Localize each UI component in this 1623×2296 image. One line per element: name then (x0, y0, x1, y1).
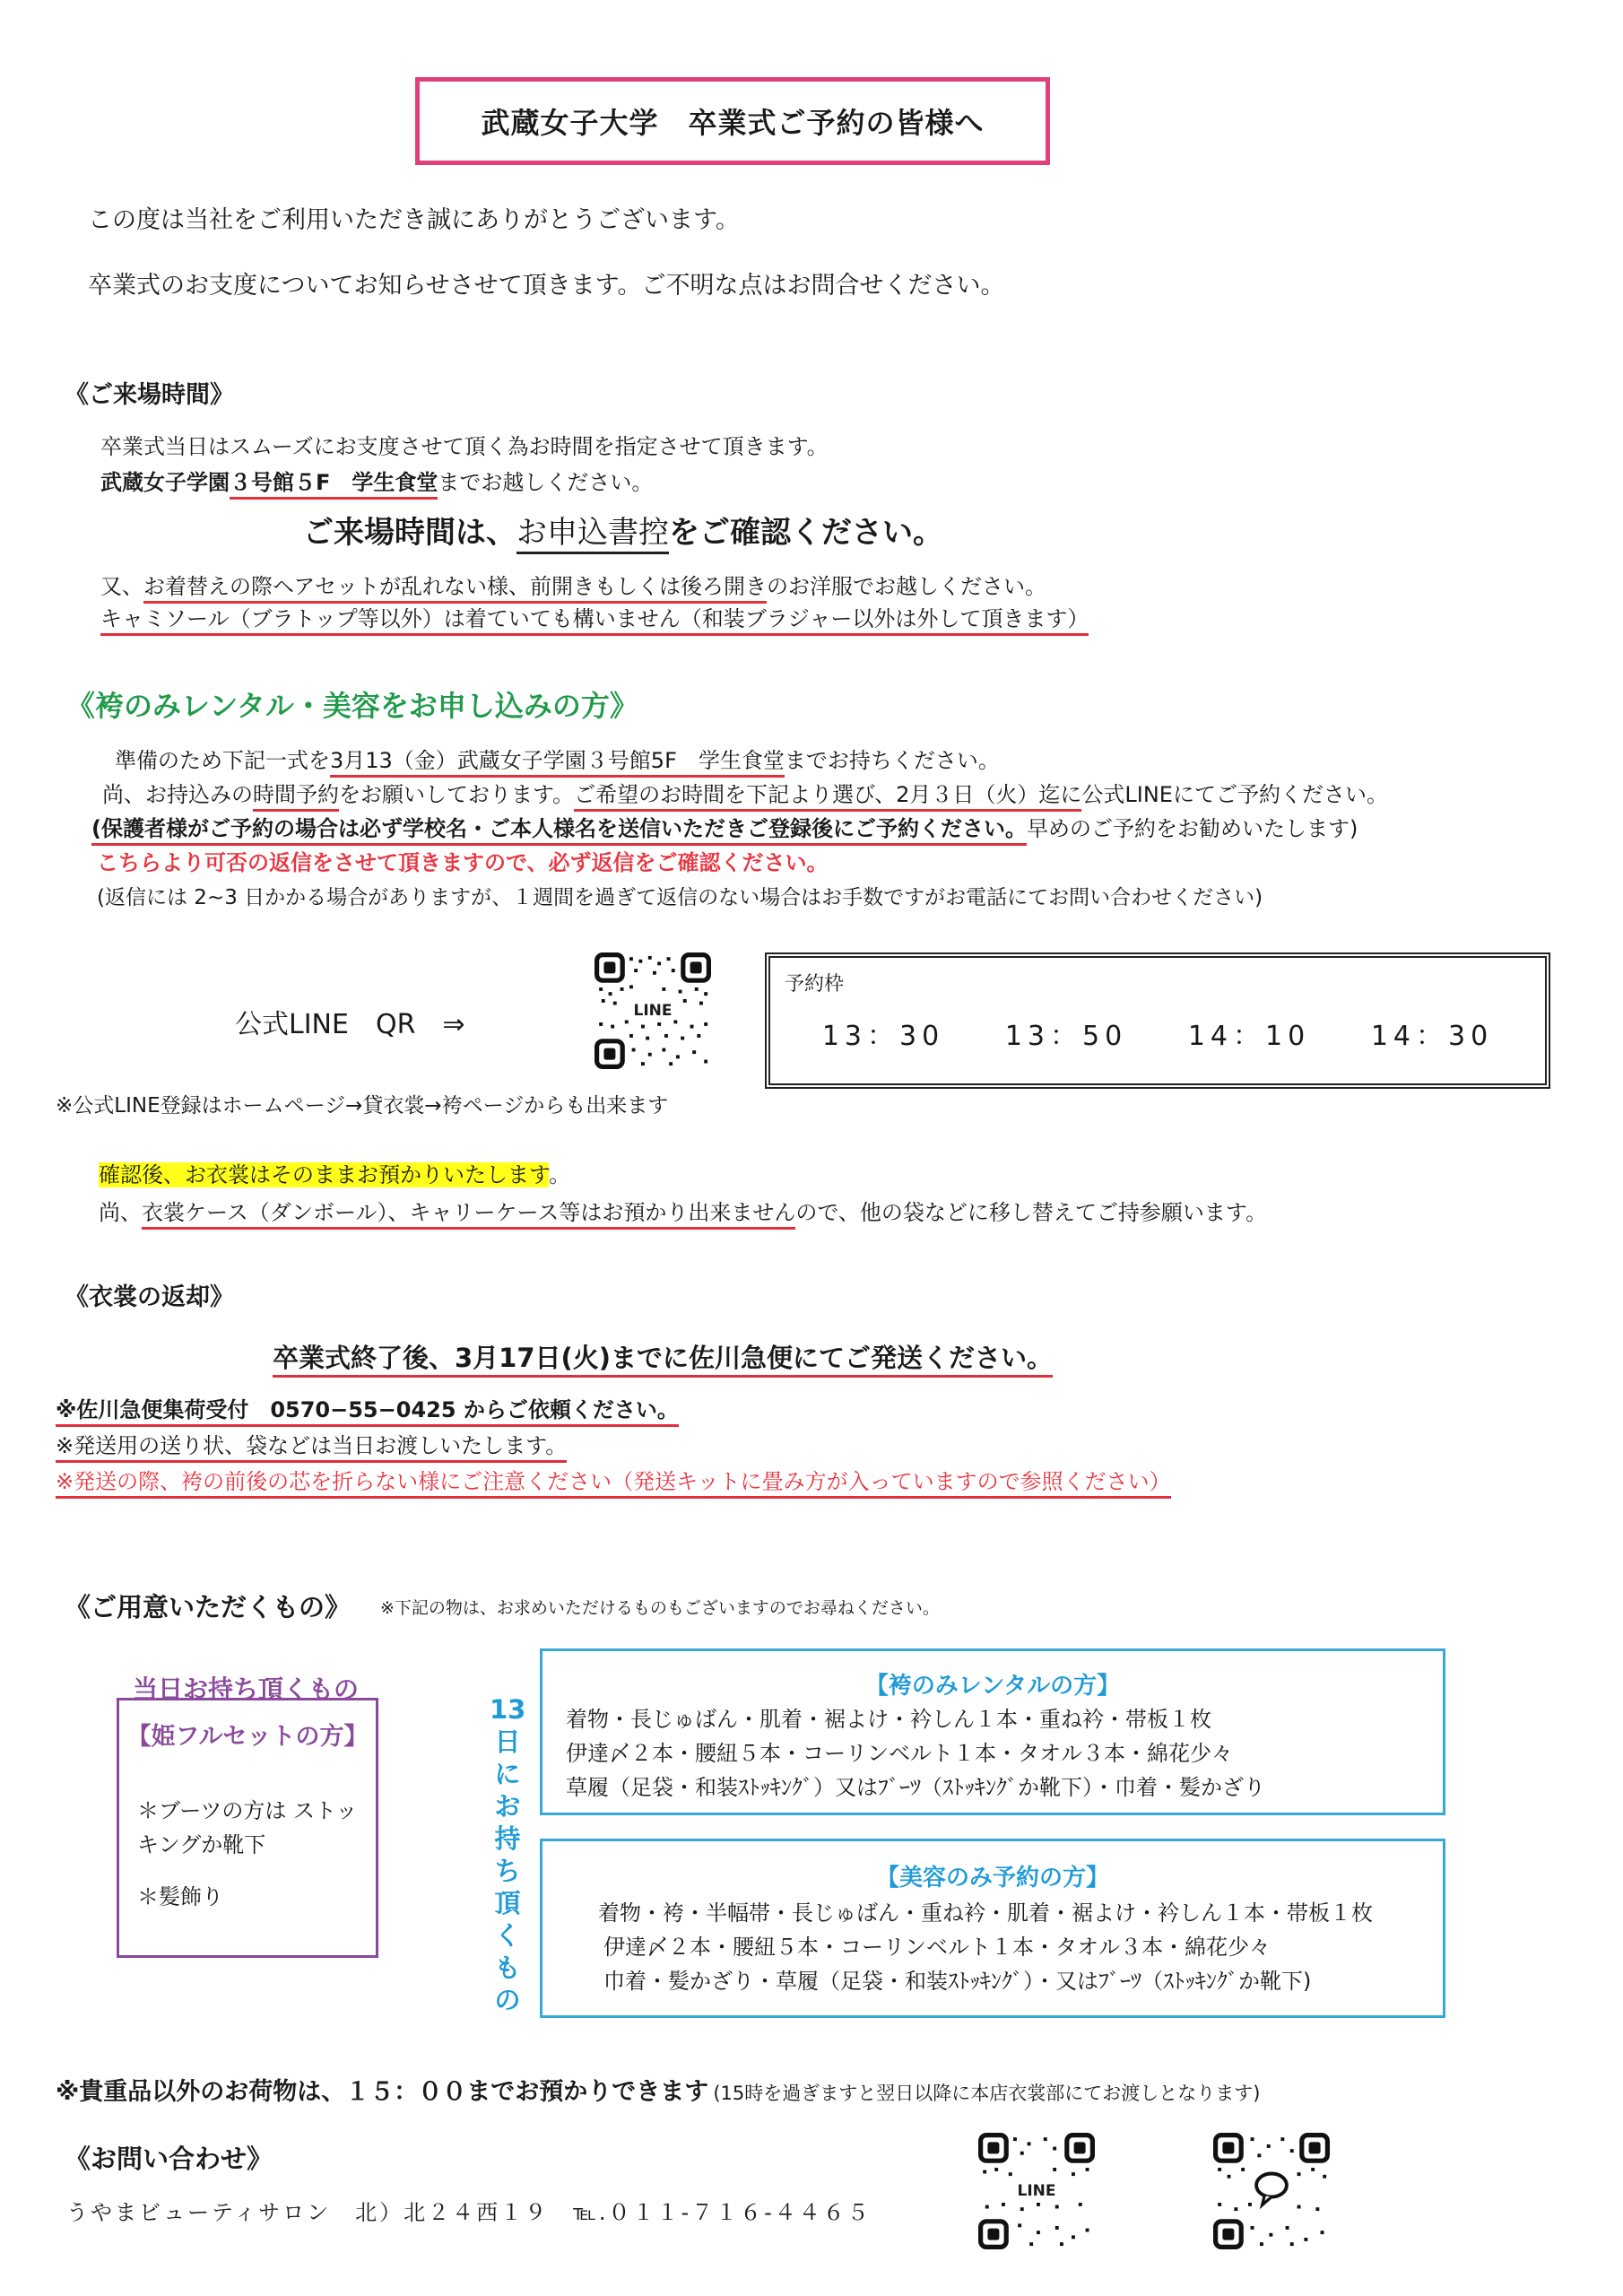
rental-only-line-2: 伊達〆２本・腰紐５本・コーリンベルト１本・タオル３本・綿花少々 (566, 1735, 1233, 1767)
salon-contact: うやまビューティサロン 北）北２４西１９ ℡.０１１-７１６-４４６５ (66, 2195, 872, 2226)
vl-7: く (490, 1919, 525, 1952)
return-note-1: ※佐川急便集荷受付 0570−55−0425 からご依頼ください。 (56, 1392, 679, 1423)
slot-list: 13：30 13：50 14：10 14：30 (770, 1013, 1545, 1053)
hakama-reply-note: (返信には 2~3 日かかる場合がありますが、１週間を過ぎて返信のない場合はお手… (97, 881, 1263, 910)
return-deadline-text: 卒業式終了後、3月17日(火)までに佐川急便にてご発送ください。 (273, 1343, 1053, 1378)
return-deadline: 卒業式終了後、3月17日(火)までに佐川急便にてご発送ください。 (273, 1338, 1053, 1375)
arrival-line-1: 卒業式当日はスムーズにお支度させて頂く為お時間を指定させて頂きます。 (100, 429, 829, 460)
note1-prefix: 又、 (100, 574, 143, 599)
emphasis-form-copy: お申込書控 (516, 515, 669, 554)
return-heading: 《衣裳の返却》 (65, 1277, 234, 1312)
beauty-only-heading: 【美容のみ予約の方】 (542, 1859, 1443, 1892)
rental-only-box: 【袴のみレンタルの方】 着物・長じゅばん・肌着・裾よけ・衿しん１本・重ね衿・帯板… (540, 1648, 1445, 1815)
sagawa-contact: ※佐川急便集荷受付 0570−55−0425 からご依頼ください。 (56, 1397, 679, 1427)
qr-code-icon (1211, 2133, 1332, 2249)
emphasis-suffix: をご確認ください。 (669, 515, 943, 551)
slot-1430[interactable]: 14：30 (1371, 1013, 1493, 1053)
note1-underlined: お着替えの際ヘアセットが乱れない様、前開きもしくは後ろ開き (143, 574, 767, 604)
folding-caution: ※発送の際、袴の前後の芯を折らない様にご注意ください（発送キットに畳み方が入って… (56, 1469, 1171, 1499)
line-qr-code[interactable]: LINE (592, 952, 714, 1069)
qr-line-logo: LINE (1016, 2182, 1058, 2200)
hakama-reply-notice: こちらより可否の返信をさせて頂きますので、必ず返信をご確認ください。 (97, 845, 829, 876)
slot-1410[interactable]: 14：10 (1188, 1013, 1310, 1053)
hakama-line-2: 尚、お持込みの時間予約をお願いしております。ご希望のお時間を下記より選び、2月３… (102, 777, 1388, 808)
luggage-main: ※貴重品以外のお荷物は、１５：００までお預かりできます (56, 2078, 708, 2106)
case-prefix: 尚、 (99, 1200, 142, 1225)
return-note-2: ※発送用の送り状、袋などは当日お渡しいたします。 (56, 1428, 567, 1459)
highlighted-text: 確認後、お衣裳はそのままお預かりいたします (99, 1162, 549, 1187)
day-of-box: 【姫フルセットの方】 ＊ブーツの方は ストッキングか靴下 ＊髪飾り (117, 1698, 378, 1958)
hakama-line-3: (保護者様がご予約の場合は必ず学校名・ご本人様名を送信いただきご登録後にご予約く… (91, 811, 1358, 842)
vl-3: お (490, 1790, 525, 1822)
h2-suffix: 公式LINEにてご予約ください。 (1081, 782, 1388, 807)
intro-line-2: 卒業式のお支度についてお知らせさせて頂きます。ご不明な点はお問合せください。 (88, 265, 1005, 300)
emphasis-prefix: ご来場時間は、 (303, 515, 516, 551)
h2-prefix: 尚、お持込みの (102, 782, 253, 807)
vl-2: に (490, 1758, 525, 1790)
h2-underlined-2: ご希望のお時間を下記より選び、2月３日（火）迄に (574, 782, 1081, 812)
vl-4: 持 (490, 1822, 525, 1855)
arrival-heading: 《ご来場時間》 (65, 375, 234, 410)
bring-on-13th-label: 13 日 に お 持 ち 頂 く も の (490, 1693, 525, 2016)
arrival-line-2: 武蔵女子学園３号館５F 学生食堂までお越しください。 (100, 465, 653, 496)
arrival-venue-suffix: までお越しください。 (438, 470, 653, 495)
case-underlined: 衣裳ケース（ダンボール）、キャリーケース等はお預かり出来ません (142, 1200, 795, 1230)
shipping-materials-note: ※発送用の送り状、袋などは当日お渡しいたします。 (56, 1433, 567, 1463)
note1-suffix: のお洋服でお越しください。 (767, 574, 1046, 599)
prepare-heading: 《ご用意いただくもの》 (65, 1587, 351, 1624)
rental-only-heading: 【袴のみレンタルの方】 (542, 1667, 1443, 1700)
beauty-only-line-1: 着物・袴・半幅帯・長じゅばん・重ね衿・肌着・裾よけ・衿しん１本・帯板１枚 (598, 1895, 1373, 1926)
arrival-emphasis: ご来場時間は、お申込書控をご確認ください。 (303, 508, 943, 552)
slot-1330[interactable]: 13：30 (822, 1013, 944, 1053)
hime-fullset-heading: 【姫フルセットの方】 (119, 1720, 376, 1754)
vl-9: の (490, 1984, 525, 2016)
qr-line-logo: LINE (632, 1002, 674, 1020)
line-qr-label: 公式LINE QR ⇒ (235, 1002, 465, 1041)
note2-underlined: キャミソール（ブラトップ等以外）は着ていても構いません（和装ブラジャー以外は外し… (100, 606, 1089, 636)
title-box: 武蔵女子大学 卒業式ご予約の皆様へ (415, 77, 1050, 165)
beauty-only-line-3: 巾着・髪かざり・草履（足袋・和装ｽﾄｯｷﾝｸﾞ）・又はﾌﾞｰﾂ（ｽﾄｯｷﾝｸﾞか… (603, 1963, 1311, 1995)
contact-heading: 《お問い合わせ》 (65, 2139, 273, 2176)
rental-only-line-3: 草履（足袋・和装ｽﾄｯｷﾝｸﾞ）又はﾌﾞｰﾂ（ｽﾄｯｷﾝｸﾞか靴下）・巾着・髪か… (566, 1770, 1265, 1801)
hakama-heading: 《袴のみレンタル・美容をお申し込みの方》 (66, 683, 638, 725)
slot-label: 予約枠 (785, 969, 844, 996)
garment-storage-notice: 確認後、お衣裳はそのままお預かりいたします。 (99, 1157, 570, 1188)
beauty-only-box: 【美容のみ予約の方】 着物・袴・半幅帯・長じゅばん・重ね衿・肌着・裾よけ・衿しん… (540, 1839, 1445, 2018)
reservation-slots-box: 予約枠 13：30 13：50 14：10 14：30 (765, 952, 1550, 1089)
contact-line-qr-code[interactable]: LINE (976, 2133, 1098, 2249)
luggage-sub: (15時を過ぎますと翌日以降に本店衣裳部にてお渡しとなります) (713, 2083, 1260, 2104)
case-suffix: ので、他の袋などに移し替えてご持参願います。 (795, 1200, 1267, 1225)
case-notice: 尚、衣裳ケース（ダンボール）、キャリーケース等はお預かり出来ませんので、他の袋な… (99, 1195, 1267, 1226)
chat-bubble-icon (1253, 2170, 1290, 2205)
arrival-note-2: キャミソール（ブラトップ等以外）は着ていても構いません（和装ブラジャー以外は外し… (100, 601, 1089, 632)
vl-6: 頂 (490, 1887, 525, 1919)
highlight-suffix: 。 (549, 1162, 570, 1187)
h2-underlined-1: 時間予約 (253, 782, 339, 812)
h1-underlined: 3月13（金）武蔵女子学園３号館5F 学生食堂 (330, 748, 785, 778)
vl-8: も (490, 1952, 525, 1984)
hakama-line-1: 準備のため下記一式を3月13（金）武蔵女子学園３号館5F 学生食堂までお持ちくだ… (115, 743, 1000, 774)
h2-mid: をお願いしております。 (339, 782, 574, 807)
vl-0: 13 (490, 1693, 525, 1726)
vl-5: ち (490, 1855, 525, 1887)
h1-suffix: までお持ちください。 (785, 748, 1000, 773)
slot-1350[interactable]: 13：50 (1005, 1013, 1127, 1053)
vl-1: 日 (490, 1726, 525, 1758)
h3-underlined: (保護者様がご予約の場合は必ず学校名・ご本人様名を送信いただきご登録後にご予約く… (91, 816, 1027, 846)
page-title: 武蔵女子大学 卒業式ご予約の皆様へ (481, 100, 984, 142)
arrival-note-1: 又、お着替えの際ヘアセットが乱れない様、前開きもしくは後ろ開きのお洋服でお越しく… (100, 569, 1046, 600)
arrival-venue: ３号館５F 学生食堂 (230, 470, 438, 500)
h3-suffix: 早めのご予約をお勧めいたします) (1027, 816, 1358, 841)
intro-line-1: この度は当社をご利用いただき誠にありがとうございます。 (88, 200, 740, 235)
beauty-only-line-2: 伊達〆２本・腰紐５本・コーリンベルト１本・タオル３本・綿花少々 (603, 1929, 1271, 1961)
return-note-3: ※発送の際、袴の前後の芯を折らない様にご注意ください（発送キットに畳み方が入って… (56, 1464, 1171, 1495)
rental-only-line-1: 着物・長じゅばん・肌着・裾よけ・衿しん１本・重ね衿・帯板１枚 (566, 1701, 1211, 1733)
luggage-notice: ※貴重品以外のお荷物は、１５：００までお預かりできます (15時を過ぎますと翌日… (56, 2072, 1260, 2107)
day-of-item-boots: ＊ブーツの方は ストッキングか靴下 (137, 1794, 370, 1862)
h1-prefix: 準備のため下記一式を (115, 748, 330, 773)
day-of-item-hair: ＊髪飾り (137, 1880, 370, 1914)
prepare-note: ※下記の物は、お求めいただけるものもございますのでお尋ねください。 (380, 1595, 940, 1619)
line-registration-note: ※公式LINE登録はホームページ→貸衣裳→袴ページからも出来ます (56, 1089, 668, 1118)
contact-chat-qr-code[interactable] (1211, 2133, 1332, 2249)
arrival-venue-prefix: 武蔵女子学園 (100, 470, 230, 495)
